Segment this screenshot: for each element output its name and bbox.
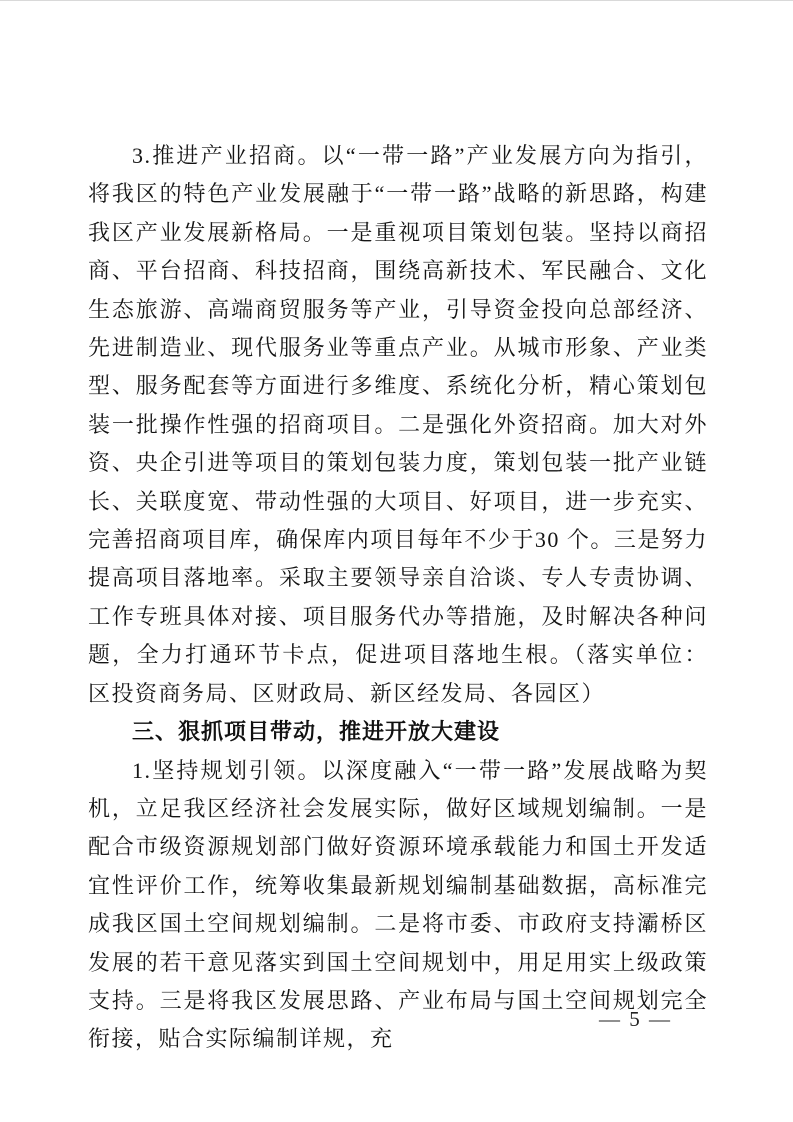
document-body: 3.推进产业招商。以“一带一路”产业发展方向为指引，将我区的特色产业发展融于“一…: [88, 137, 708, 1059]
paragraph-industry-investment: 3.推进产业招商。以“一带一路”产业发展方向为指引，将我区的特色产业发展融于“一…: [88, 137, 708, 713]
document-page: 3.推进产业招商。以“一带一路”产业发展方向为指引，将我区的特色产业发展融于“一…: [0, 0, 793, 1122]
section-heading: 三、狠抓项目带动，推进开放大建设: [88, 713, 708, 751]
page-number: — 5 —: [599, 1007, 672, 1032]
